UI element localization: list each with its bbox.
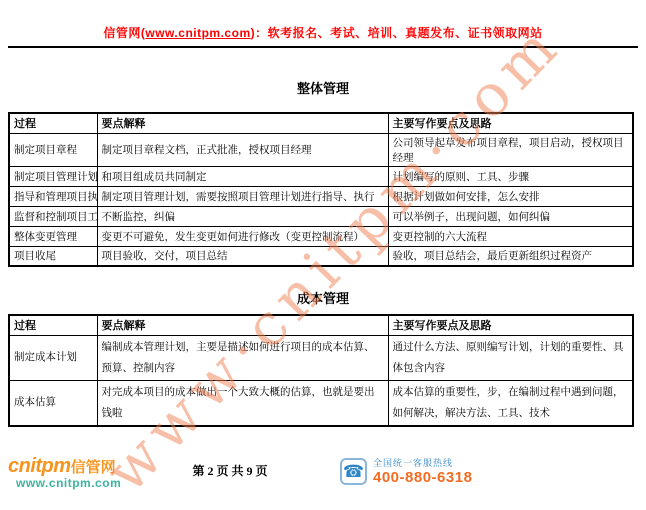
table-cell: 变更不可避免，发生变更如何进行修改（变更控制流程） — [97, 226, 388, 246]
table-row: 成本估算 对完成本项目的成本做出一个大致大概的估算，也就是要出钱啦 成本估算的重… — [9, 380, 633, 426]
table-row: 监督和控制项目工作 不断监控，纠偏 可以举例子，出现问题，如何纠偏 — [9, 206, 633, 226]
column-header-explanation: 要点解释 — [97, 315, 388, 335]
table-row: 项目收尾 项目验收，交付，项目总结 验收，项目总结会，最后更新组织过程资产 — [9, 246, 633, 266]
hotline-number: 400-880-6318 — [373, 469, 472, 486]
site-header-suffix: )：软考报名、考试、培训、真题发布、证书领取网站 — [251, 26, 543, 40]
footer-logo-latin: cnitpm — [8, 455, 71, 477]
table-cell: 成本估算的重要性，步，在编制过程中遇到问题，如何解决，解决方法、工具、技术 — [388, 380, 633, 426]
table-cell: 公司领导起草发布项目章程，项目启动，授权项目经理 — [388, 133, 633, 166]
table-cell: 整体变更管理 — [9, 226, 97, 246]
table-cell: 制定项目管理计划，需要按照项目管理计划进行指导、执行 — [97, 186, 388, 206]
table-cell: 对完成本项目的成本做出一个大致大概的估算，也就是要出钱啦 — [97, 380, 388, 426]
page-number: 第 2 页 共 9 页 — [160, 462, 300, 479]
table-cell: 通过什么方法、原则编写计划，计划的重要性、具体包含内容 — [388, 335, 633, 380]
header-divider — [8, 46, 638, 48]
table-cell: 编制成本管理计划，主要是描述如何进行项目的成本估算、预算、控制内容 — [97, 335, 388, 380]
table-cell: 可以举例子，出现问题，如何纠偏 — [388, 206, 633, 226]
column-header-process: 过程 — [9, 113, 97, 133]
overall-management-table: 过程 要点解释 主要写作要点及思路 制定项目章程 制定项目章程文档，正式批准，授… — [8, 112, 634, 267]
table-cell: 不断监控，纠偏 — [97, 206, 388, 226]
footer-logo: cnitpm信管网 www.cnitpm.com — [8, 456, 121, 490]
table-cell: 制定项目章程 — [9, 133, 97, 166]
cost-management-table: 过程 要点解释 主要写作要点及思路 制定成本计划 编制成本管理计划，主要是描述如… — [8, 314, 634, 427]
table-row: 制定项目章程 制定项目章程文档，正式批准，授权项目经理 公司领导起草发布项目章程… — [9, 133, 633, 166]
table-cell: 根据计划做如何安排，怎么安排 — [388, 186, 633, 206]
table-row: 指导和管理项目执行 制定项目管理计划，需要按照项目管理计划进行指导、执行 根据计… — [9, 186, 633, 206]
footer-logo-url: www.cnitpm.com — [8, 477, 121, 490]
table-cell: 制定项目章程文档，正式批准，授权项目经理 — [97, 133, 388, 166]
hotline-block: ☎ 全国统一客服热线 400-880-6318 — [340, 456, 472, 486]
table-cell: 变更控制的六大流程 — [388, 226, 633, 246]
table-header-row: 过程 要点解释 主要写作要点及思路 — [9, 113, 633, 133]
table-cell: 监督和控制项目工作 — [9, 206, 97, 226]
table-cell: 计划编写的原则、工具、步骤 — [388, 166, 633, 186]
site-header-prefix: 信管网( — [103, 26, 145, 40]
table-cell: 项目收尾 — [9, 246, 97, 266]
table-cell: 指导和管理项目执行 — [9, 186, 97, 206]
column-header-writing-points: 主要写作要点及思路 — [388, 315, 633, 335]
hotline-label: 全国统一客服热线 — [373, 456, 472, 469]
table-header-row: 过程 要点解释 主要写作要点及思路 — [9, 315, 633, 335]
phone-icon: ☎ — [340, 458, 367, 485]
table-cell: 制定项目管理计划 — [9, 166, 97, 186]
site-header: 信管网(www.cnitpm.com)：软考报名、考试、培训、真题发布、证书领取… — [0, 24, 646, 41]
section-title-cost-management: 成本管理 — [0, 288, 646, 307]
table-row: 整体变更管理 变更不可避免，发生变更如何进行修改（变更控制流程） 变更控制的六大… — [9, 226, 633, 246]
site-header-url-link[interactable]: www.cnitpm.com — [145, 26, 250, 40]
document-page: { "header": { "prefix": "信管网(", "url": "… — [0, 0, 646, 510]
table-cell: 验收，项目总结会，最后更新组织过程资产 — [388, 246, 633, 266]
column-header-process: 过程 — [9, 315, 97, 335]
table-cell: 和项目组成员共同制定 — [97, 166, 388, 186]
footer-logo-cn: 信管网 — [71, 459, 116, 476]
table-cell: 项目验收，交付，项目总结 — [97, 246, 388, 266]
column-header-writing-points: 主要写作要点及思路 — [388, 113, 633, 133]
column-header-explanation: 要点解释 — [97, 113, 388, 133]
table-row: 制定成本计划 编制成本管理计划，主要是描述如何进行项目的成本估算、预算、控制内容… — [9, 335, 633, 380]
table-cell: 成本估算 — [9, 380, 97, 426]
section-title-overall-management: 整体管理 — [0, 78, 646, 97]
table-row: 制定项目管理计划 和项目组成员共同制定 计划编写的原则、工具、步骤 — [9, 166, 633, 186]
table-cell: 制定成本计划 — [9, 335, 97, 380]
